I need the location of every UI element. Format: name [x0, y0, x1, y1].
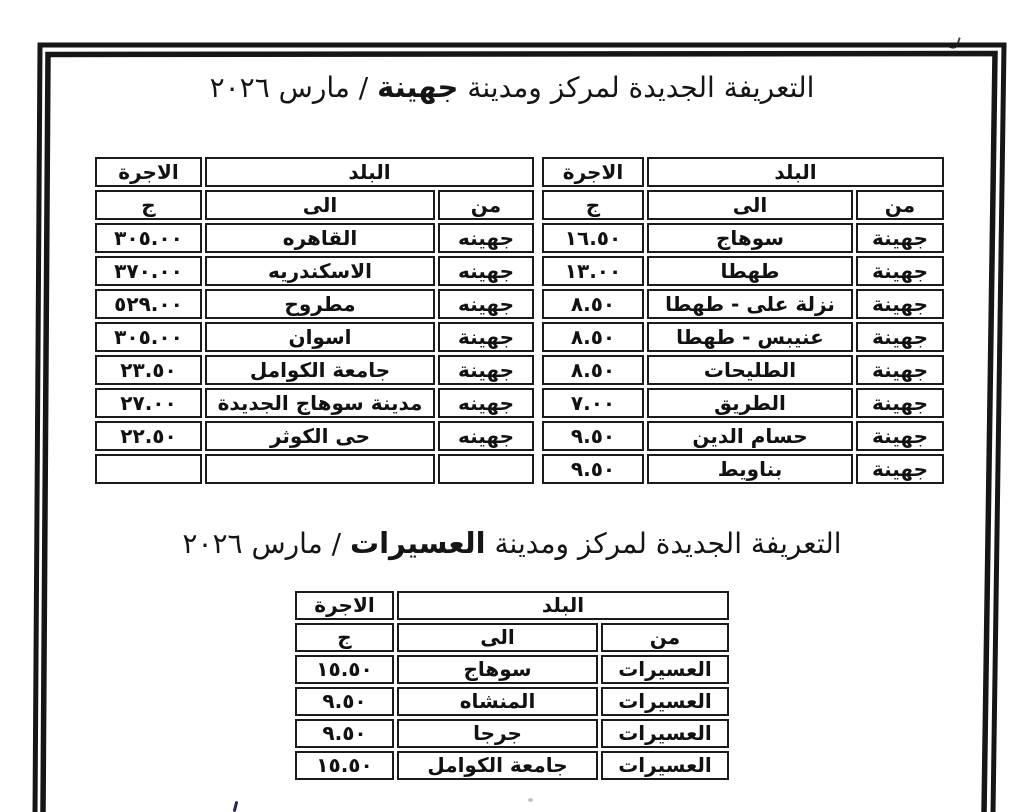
cell-to: جامعة الكوامل [397, 751, 598, 780]
cell-fare: ١٥.٥٠ [295, 655, 394, 684]
table-row: العسيرات جرجا ٩.٥٠ [295, 719, 729, 748]
cell-from: جهينة [438, 355, 534, 385]
cell-fare: ١٥.٥٠ [295, 751, 394, 780]
table-row: جهينة نزلة على - طهطا ٨.٥٠ [542, 289, 944, 319]
cell-fare: ٢٣.٥٠ [95, 355, 202, 385]
table-row: جهينة حسام الدين ٩.٥٠ [542, 421, 944, 451]
subheader-from-cell: من [856, 190, 944, 220]
cell-to: جامعة الكوامل [205, 355, 435, 385]
cell-to: حسام الدين [647, 421, 853, 451]
cell-from: العسيرات [601, 687, 729, 716]
cell-from [438, 454, 534, 484]
header-country-cell: البلد [647, 157, 944, 187]
cell-fare: ٢٧.٠٠ [95, 388, 202, 418]
cell-from: جهينة [856, 256, 944, 286]
cell-to: الطريق [647, 388, 853, 418]
document-title-asirat: التعريفة الجديدة لمركز ومدينة العسيرات /… [0, 526, 1024, 560]
subheader-pound-cell: ج [95, 190, 202, 220]
juhayna-table-left: البلد الاجرة من الى ج جهينه القاهره ٣٠٥.… [92, 154, 537, 487]
table-header-row: البلد الاجرة [95, 157, 534, 187]
subheader-to-cell: الى [205, 190, 435, 220]
cell-to: حى الكوثر [205, 421, 435, 451]
header-fare-cell: الاجرة [542, 157, 644, 187]
cell-fare: ٩.٥٠ [542, 421, 644, 451]
cell-fare: ٨.٥٠ [542, 289, 644, 319]
cell-from: العسيرات [601, 719, 729, 748]
cell-fare: ٣٠٥.٠٠ [95, 223, 202, 253]
subheader-from-cell: من [601, 623, 729, 652]
title-prefix: التعريفة الجديدة لمركز ومدينة [486, 527, 842, 560]
cell-fare: ٢٢.٥٠ [95, 421, 202, 451]
header-country-cell: البلد [397, 591, 729, 620]
cell-from: العسيرات [601, 655, 729, 684]
cell-fare: ٥٢٩.٠٠ [95, 289, 202, 319]
cell-fare: ٧.٠٠ [542, 388, 644, 418]
table-row: العسيرات المنشاه ٩.٥٠ [295, 687, 729, 716]
cell-fare: ٨.٥٠ [542, 355, 644, 385]
table-row: جهينه الاسكندريه ٣٧٠.٠٠ [95, 256, 534, 286]
cell-fare: ٩.٥٠ [295, 719, 394, 748]
table-row: جهينه مطروح ٥٢٩.٠٠ [95, 289, 534, 319]
cell-from: جهينه [438, 256, 534, 286]
cell-to: عنيبس - طهطا [647, 322, 853, 352]
cell-fare: ٩.٥٠ [542, 454, 644, 484]
cell-from: جهينة [856, 289, 944, 319]
cell-to: سوهاج [647, 223, 853, 253]
cell-from: جهينه [438, 223, 534, 253]
cell-to [205, 454, 435, 484]
document-title-juhayna: التعريفة الجديدة لمركز ومدينة جهينة / ما… [0, 70, 1024, 104]
table-row: جهينة الطليحات ٨.٥٠ [542, 355, 944, 385]
cell-to: مطروح [205, 289, 435, 319]
cell-from: جهينة [856, 421, 944, 451]
table-row: العسيرات جامعة الكوامل ١٥.٥٠ [295, 751, 729, 780]
table-row: جهينة سوهاج ١٦.٥٠ [542, 223, 944, 253]
cell-fare [95, 454, 202, 484]
pen-mark-icon [233, 801, 239, 812]
table-header-row: البلد الاجرة [542, 157, 944, 187]
scan-dot-icon [528, 798, 533, 802]
cell-to: جرجا [397, 719, 598, 748]
cell-to: سوهاج [397, 655, 598, 684]
cell-fare: ٩.٥٠ [295, 687, 394, 716]
table-row: العسيرات سوهاج ١٥.٥٠ [295, 655, 729, 684]
header-fare-cell: الاجرة [295, 591, 394, 620]
table-row-empty [95, 454, 534, 484]
cell-to: بناويط [647, 454, 853, 484]
cell-from: جهينة [856, 454, 944, 484]
cell-from: العسيرات [601, 751, 729, 780]
scan-mark-icon [947, 35, 961, 50]
cell-from: جهينة [856, 223, 944, 253]
cell-to: طهطا [647, 256, 853, 286]
cell-fare: ٣٧٠.٠٠ [95, 256, 202, 286]
subheader-to-cell: الى [647, 190, 853, 220]
title-prefix: التعريفة الجديدة لمركز ومدينة [458, 71, 814, 104]
table-subheader-row: من الى ج [95, 190, 534, 220]
cell-to: المنشاه [397, 687, 598, 716]
table-row: جهينة جامعة الكوامل ٢٣.٥٠ [95, 355, 534, 385]
table-row: جهينة عنيبس - طهطا ٨.٥٠ [542, 322, 944, 352]
cell-fare: ٣٠٥.٠٠ [95, 322, 202, 352]
cell-from: جهينة [856, 388, 944, 418]
cell-from: جهينة [856, 355, 944, 385]
cell-from: جهينة [438, 322, 534, 352]
table-row: جهينه حى الكوثر ٢٢.٥٠ [95, 421, 534, 451]
subheader-pound-cell: ج [295, 623, 394, 652]
cell-fare: ٨.٥٠ [542, 322, 644, 352]
cell-to: القاهره [205, 223, 435, 253]
table-row: جهينة بناويط ٩.٥٠ [542, 454, 944, 484]
table-row: جهينة طهطا ١٣.٠٠ [542, 256, 944, 286]
table-row: جهينه القاهره ٣٠٥.٠٠ [95, 223, 534, 253]
title-suffix: / مارس ٢٠٢٦ [210, 71, 378, 104]
subheader-pound-cell: ج [542, 190, 644, 220]
table-subheader-row: من الى ج [542, 190, 944, 220]
cell-to: الطليحات [647, 355, 853, 385]
table-subheader-row: من الى ج [295, 623, 729, 652]
cell-to: اسوان [205, 322, 435, 352]
header-fare-cell: الاجرة [95, 157, 202, 187]
cell-fare: ١٣.٠٠ [542, 256, 644, 286]
table-row: جهينة الطريق ٧.٠٠ [542, 388, 944, 418]
cell-to: الاسكندريه [205, 256, 435, 286]
scanned-document-page: { "labels": { "country": "البلد", "fare"… [0, 0, 1024, 812]
cell-from: جهينه [438, 289, 534, 319]
title-city-name: جهينة [377, 70, 458, 104]
juhayna-table-right: البلد الاجرة من الى ج جهينة سوهاج ١٦.٥٠ … [539, 154, 947, 487]
table-row: جهينه مدينة سوهاج الجديدة ٢٧.٠٠ [95, 388, 534, 418]
title-city-name: العسيرات [350, 526, 486, 560]
cell-from: جهينه [438, 388, 534, 418]
cell-to: مدينة سوهاج الجديدة [205, 388, 435, 418]
header-country-cell: البلد [205, 157, 534, 187]
asirat-table: البلد الاجرة من الى ج العسيرات سوهاج ١٥.… [292, 588, 732, 783]
table-header-row: البلد الاجرة [295, 591, 729, 620]
title-suffix: / مارس ٢٠٢٦ [182, 527, 350, 560]
cell-to: نزلة على - طهطا [647, 289, 853, 319]
subheader-from-cell: من [438, 190, 534, 220]
cell-from: جهينه [438, 421, 534, 451]
subheader-to-cell: الى [397, 623, 598, 652]
cell-from: جهينة [856, 322, 944, 352]
cell-fare: ١٦.٥٠ [542, 223, 644, 253]
table-row: جهينة اسوان ٣٠٥.٠٠ [95, 322, 534, 352]
